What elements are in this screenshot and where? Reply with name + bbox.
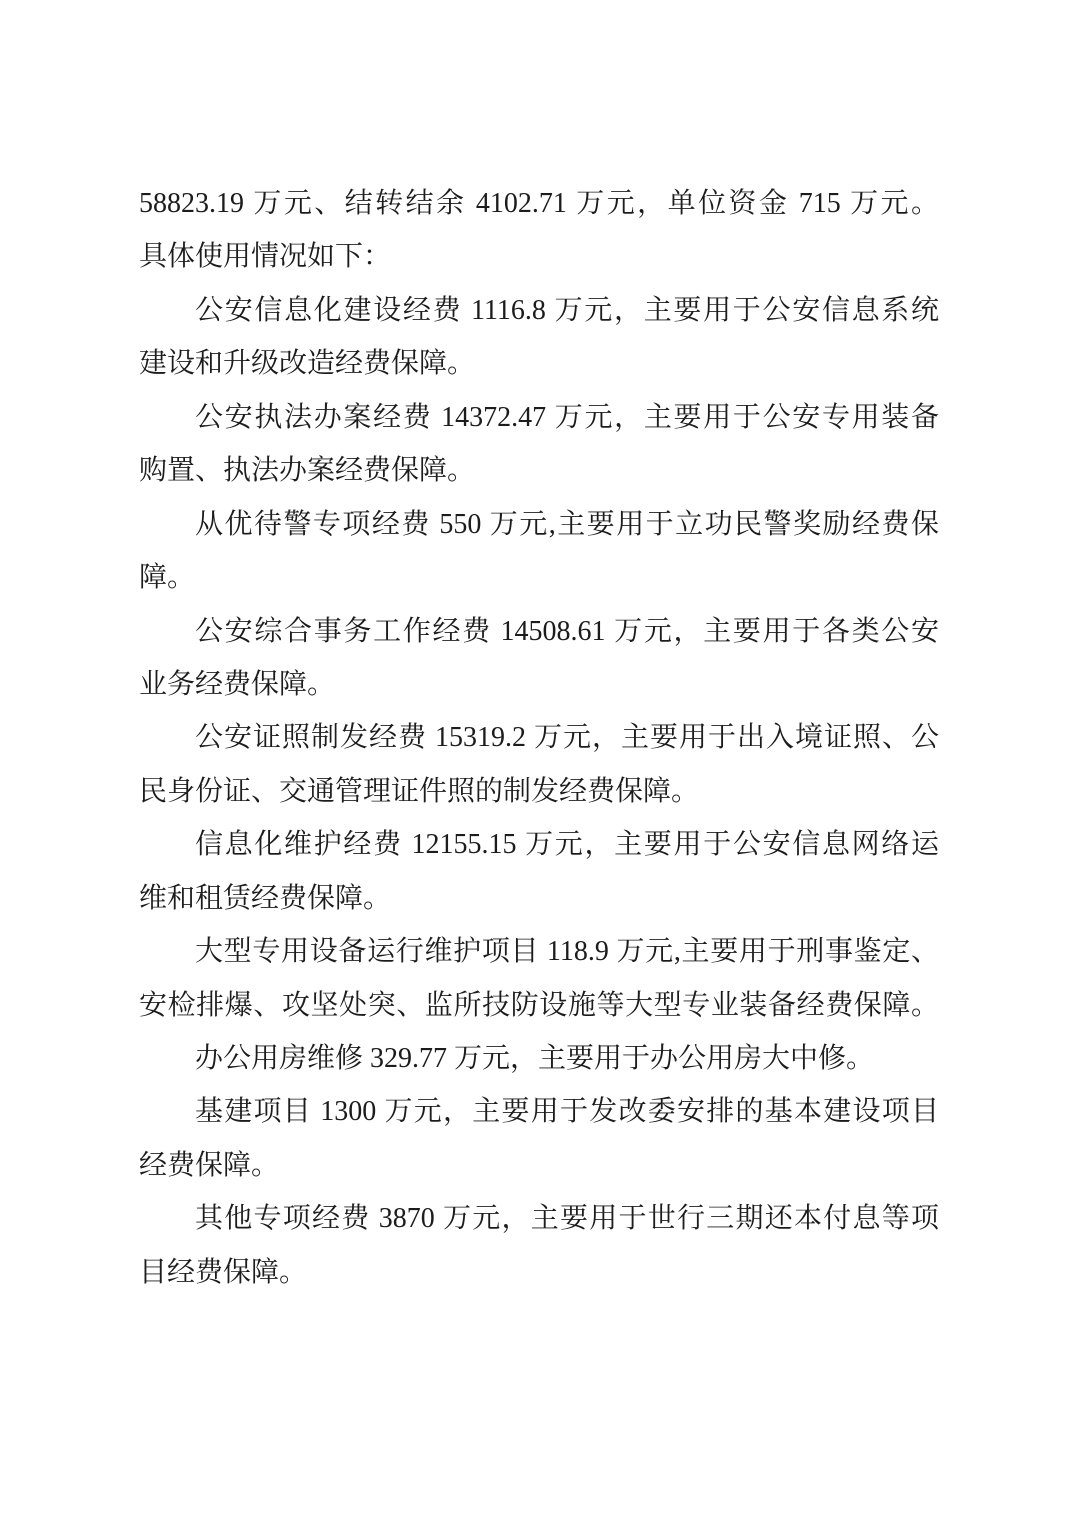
text-line: 购置、执法办案经费保障。 xyxy=(139,444,939,497)
text-line: 办公用房维修 329.77 万元，主要用于办公用房大中修。 xyxy=(139,1032,939,1085)
text-line: 公安综合事务工作经费 14508.61 万元，主要用于各类公安 xyxy=(139,605,939,658)
text-line: 其他专项经费 3870 万元，主要用于世行三期还本付息等项 xyxy=(139,1192,939,1245)
text-line: 业务经费保障。 xyxy=(139,658,939,711)
text-line: 基建项目 1300 万元，主要用于发改委安排的基本建设项目 xyxy=(139,1085,939,1138)
document-page: { "colors": { "page_background": "#fffff… xyxy=(0,0,1074,1520)
text-line: 目经费保障。 xyxy=(139,1246,939,1299)
text-line: 公安信息化建设经费 1116.8 万元，主要用于公安信息系统 xyxy=(139,284,939,337)
text-line: 信息化维护经费 12155.15 万元，主要用于公安信息网络运 xyxy=(139,818,939,871)
text-line: 从优待警专项经费 550 万元,主要用于立功民警奖励经费保 xyxy=(139,498,939,551)
budget-expenditure-text: 58823.19 万元、结转结余 4102.71 万元，单位资金 715 万元。… xyxy=(139,177,939,1299)
text-line: 维和租赁经费保障。 xyxy=(139,872,939,925)
text-line: 障。 xyxy=(139,551,939,604)
text-line: 经费保障。 xyxy=(139,1139,939,1192)
text-line: 大型专用设备运行维护项目 118.9 万元,主要用于刑事鉴定、 xyxy=(139,925,939,978)
text-line: 公安执法办案经费 14372.47 万元，主要用于公安专用装备 xyxy=(139,391,939,444)
text-line: 安检排爆、攻坚处突、监所技防设施等大型专业装备经费保障。 xyxy=(139,979,939,1032)
text-line: 58823.19 万元、结转结余 4102.71 万元，单位资金 715 万元。 xyxy=(139,177,939,230)
text-line: 公安证照制发经费 15319.2 万元，主要用于出入境证照、公 xyxy=(139,711,939,764)
text-line: 民身份证、交通管理证件照的制发经费保障。 xyxy=(139,765,939,818)
text-line: 建设和升级改造经费保障。 xyxy=(139,337,939,390)
text-line: 具体使用情况如下： xyxy=(139,230,939,283)
